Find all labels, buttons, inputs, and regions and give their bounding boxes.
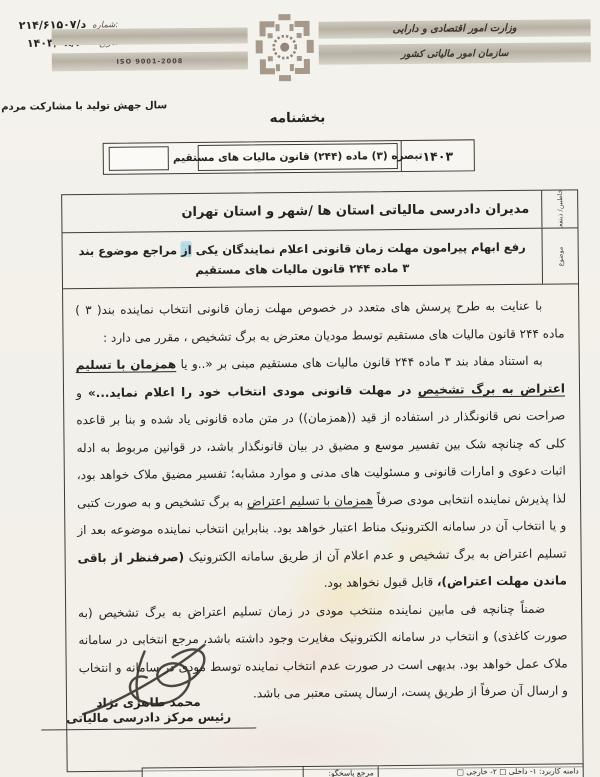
classification-empty-box xyxy=(109,146,169,171)
document-sheet: د/۲۱۴/۶۱۵۰۷ شماره: ۱۴۰۳/۰۸/۲۰ تاریخ: ندا… xyxy=(0,0,600,777)
tax-emblem-icon xyxy=(253,9,316,84)
addressee-row: مخاطبین/ ذینفعان مدیران دادرسی مالیاتی ا… xyxy=(62,190,577,233)
signature-scribble-icon xyxy=(74,633,225,729)
ministry-name: وزارت امور اقتصادی و دارایی xyxy=(392,23,516,35)
p2-underline: همزمان با تسلیم اعتراض xyxy=(247,493,373,508)
blank-band xyxy=(52,27,248,45)
p2-plain-e: و صراحت نص قانونگذار در استفاده از قید (… xyxy=(76,386,566,507)
classification-row: ۱۴۰۳ تبصره (۳) ماده (۲۴۴) قانون مالیات ه… xyxy=(103,139,475,175)
body-paragraph-2: به استناد مفاد بند ۳ ماده ۲۴۴ قانون مالی… xyxy=(76,347,567,599)
subject-highlight-mark: از xyxy=(181,243,192,257)
iso-label: ISO 9001-2008 xyxy=(116,57,183,66)
body-paragraph-1: با عنایت به طرح پرسش های متعدد در خصوص م… xyxy=(75,292,565,352)
iso-band: ISO 9001-2008 xyxy=(52,51,248,71)
addressee-label: مخاطبین/ ذینفعان xyxy=(556,190,564,227)
p2-plain-a: به استناد مفاد بند ۳ ماده ۲۴۴ قانون مالی… xyxy=(176,354,543,372)
subject-text-wrap: رفع ابهام پیرامون مهلت زمان قانونی اعلام… xyxy=(77,236,528,280)
subject-row: موضوع رفع ابهام پیرامون مهلت زمان قانونی… xyxy=(62,228,578,289)
organization-name: سازمان امور مالیاتی کشور xyxy=(401,47,508,59)
subject-label-cell: موضوع xyxy=(541,228,578,283)
signature-block: محمد طاهری نژاد رئیس مرکز دادرسی مالیاتی xyxy=(41,694,256,730)
scanned-circular-page: د/۲۱۴/۶۱۵۰۷ شماره: ۱۴۰۳/۰۸/۲۰ تاریخ: ندا… xyxy=(0,0,600,777)
classification-reference: تبصره (۳) ماده (۲۴۴) قانون مالیات های مس… xyxy=(198,143,398,171)
p2-plain-i: قابل قبول نخواهد بود. xyxy=(324,575,437,590)
addressee-text: مدیران دادرسی مالیاتی استان ها /شهر و اس… xyxy=(62,191,541,233)
p2-bold-quote: در مهلت قانونی مودی انتخاب خود را اعلام … xyxy=(88,382,418,399)
ministry-band: وزارت امور اقتصادی و دارایی xyxy=(318,19,590,39)
organization-band: سازمان امور مالیاتی کشور xyxy=(319,42,591,65)
classification-middle: تبصره (۳) ماده (۲۴۴) قانون مالیات های مس… xyxy=(104,141,401,174)
addressee-label-cell: مخاطبین/ ذینفعان xyxy=(541,190,577,227)
footer-scope-cell: دامنه کاربرد: ۱- داخلی □ ۲- خارجی □ xyxy=(378,764,583,777)
footer-responder-cell: مرجع پاسخگو: xyxy=(303,766,378,777)
subject-label: موضوع xyxy=(556,246,564,266)
subject-text: رفع ابهام پیرامون مهلت زمان قانونی اعلام… xyxy=(62,229,542,289)
subject-pre: رفع ابهام پیرامون مهلت زمان قانونی اعلام… xyxy=(192,239,526,256)
footer-empty-cell xyxy=(143,767,303,777)
